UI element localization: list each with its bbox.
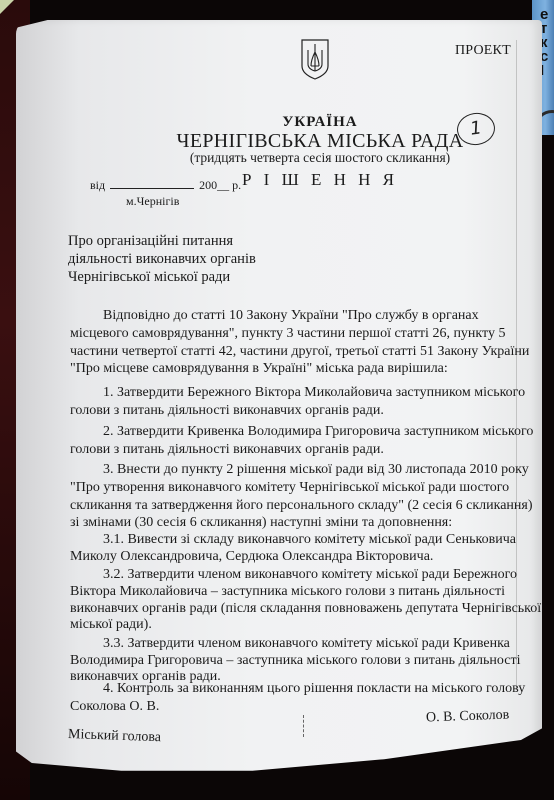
- decision-item-3: скликання та затвердження його персональ…: [70, 498, 495, 514]
- document: ПРОЕКТ 1 УКРАЇНА ЧЕРНІГІВСЬКА МІСЬКА РАД…: [0, 0, 554, 800]
- decision-item-4: 4. Контроль за виконанням цього рішення …: [103, 681, 528, 697]
- country-heading: УКРАЇНА: [0, 114, 554, 131]
- preamble-line: Відповідно до статті 10 Закону України "…: [103, 308, 528, 324]
- subject-line: Чернігівської міської ради: [68, 269, 230, 286]
- decision-item-3-2: міської ради).: [70, 617, 495, 633]
- preamble-line: місцевого самоврядування", пункту 3 част…: [70, 326, 495, 342]
- draft-stamp: ПРОЕКТ: [455, 43, 511, 59]
- decision-item-3-2: Віктора Миколайовича – заступника місько…: [70, 584, 495, 600]
- signatory-name: О. В. Соколов: [426, 708, 510, 727]
- document-type-heading: Р І Ш Е Н Н Я: [0, 170, 554, 190]
- preamble-line: частини четвертої статті 42, частини дру…: [70, 344, 495, 360]
- decision-item-3-3: Володимира Григоровича – заступника місь…: [70, 653, 495, 669]
- decision-item-3: 3. Внести до пункту 2 рішення міської ра…: [103, 462, 528, 478]
- decision-item-3-2: 3.2. Затвердити членом виконавчого коміт…: [103, 567, 528, 583]
- decision-item-2: 2. Затвердити Кривенка Володимира Григор…: [103, 424, 528, 440]
- city-label: м.Чернігів: [126, 194, 179, 209]
- date-year: 200__ р.: [199, 178, 241, 192]
- subject-line: діяльності виконавчих органів: [68, 251, 256, 268]
- decision-item-3: зі змінами (30 сесія 6 скликання) наступ…: [70, 515, 495, 531]
- decision-item-3-2: виконавчих органів ради (після складання…: [70, 601, 495, 617]
- decision-item-3-1: 3.1. Вивести зі складу виконавчого коміт…: [103, 532, 528, 548]
- decision-item-3-3: 3.3. Затвердити членом виконавчого коміт…: [103, 636, 528, 652]
- decision-item-2: голови з питань діяльності виконавчих ор…: [70, 442, 495, 458]
- session-subtitle: (тридцять четверта сесія шостого скликан…: [0, 150, 554, 166]
- decision-item-3: "Про утворення виконавчого комітету Черн…: [70, 480, 495, 496]
- decision-item-1: голови з питань діяльності виконавчих ор…: [70, 403, 495, 419]
- preamble-line: "Про місцеве самоврядування в Україні" м…: [70, 361, 495, 377]
- coat-of-arms-of-ukraine-icon: [300, 38, 330, 80]
- date-prefix: від: [90, 178, 105, 192]
- date-line: від 200__ р.: [90, 178, 241, 193]
- signature-mark: [303, 715, 305, 737]
- decision-item-3-1: Миколу Олександровича, Сердюка Олександр…: [70, 549, 495, 565]
- signatory-title: Міський голова: [68, 727, 162, 746]
- decision-item-1: 1. Затвердити Бережного Віктора Миколайо…: [103, 385, 528, 401]
- subject-line: Про організаційні питання: [68, 233, 233, 250]
- date-blank: [110, 178, 194, 189]
